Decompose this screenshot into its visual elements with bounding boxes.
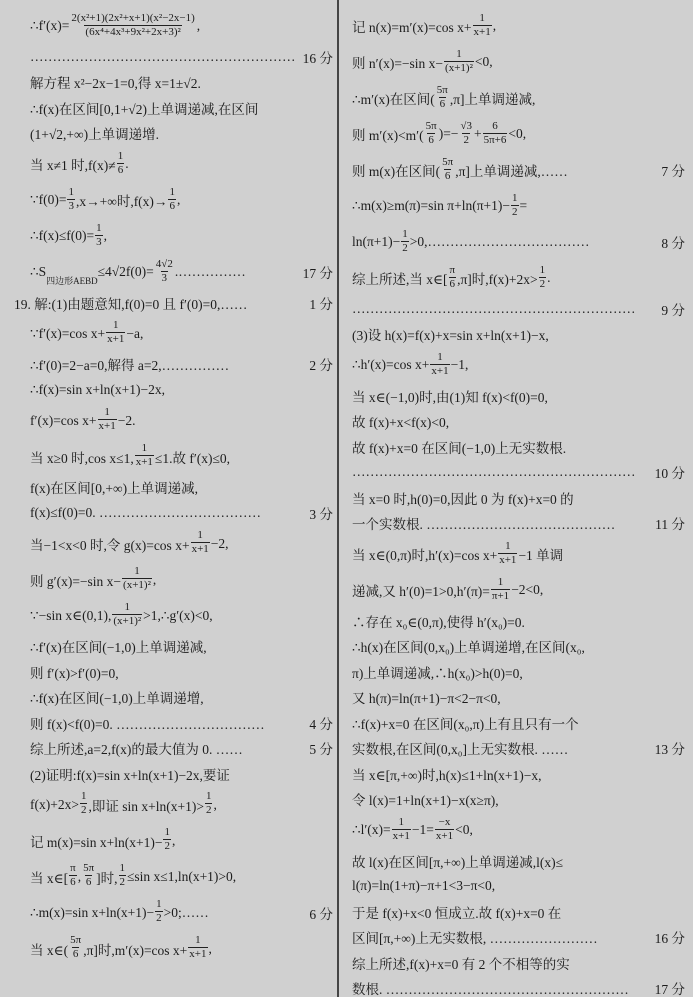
line-content: 于是 f(x)+x<0 恒成立.故 f(x)+x=0 在 [352, 902, 561, 922]
line-content: …………………………………………………… [30, 49, 297, 65]
line-content: ∴m(x)=sin x+ln(x+1)−12>0;…… [30, 899, 209, 926]
fraction: 12 [511, 193, 519, 219]
text-line: 则 m(x)在区间(5π6,π]上单调递减,……7 分 [352, 152, 685, 188]
text-line: (1+√2,+∞)上单调递增. [30, 121, 333, 147]
line-content: ∴f′(x)=2(x²+1)(2x²+x+1)(x²−2x−1)(6x⁴+4x³… [30, 13, 200, 40]
fraction: 5π6 [436, 85, 449, 111]
line-content: 则 f′(x)>f′(0)=0, [30, 662, 119, 682]
text-line: ∵f(0)=13,x→+∞时,f(x)→16, [30, 182, 333, 218]
text-line: 记 m(x)=sin x+ln(x+1)−12, [30, 823, 333, 859]
fraction: 1x+1 [135, 443, 154, 469]
fraction: 5π6 [82, 863, 95, 889]
fraction: 12 [119, 863, 127, 889]
text-line: 故 f(x)+x=0 在区间(−1,0)上无实数根. [352, 434, 685, 460]
score-mark: 16 分 [303, 47, 333, 67]
line-content: ∴f(x)=sin x+ln(x+1)−2x, [30, 382, 165, 398]
line-content: 一个实数根. …………………………………… [352, 513, 615, 533]
text-line: 故 l(x)在区间[π,+∞)上单调递减,l(x)≤ [352, 848, 685, 874]
text-line: 当 x∈(−1,0)时,由(1)知 f(x)<f(0)=0, [352, 383, 685, 409]
line-content: 当 x∈(5π6,π]时,m′(x)=cos x+1x+1, [30, 935, 212, 962]
line-content: 当−1<x<0 时,令 g(x)=cos x+1x+1−2, [30, 530, 229, 557]
line-content: 数根. ……………………………………………… [352, 978, 629, 997]
fraction: 12 [155, 899, 163, 925]
left-column: ∴f′(x)=2(x²+1)(2x²+x+1)(x²−2x−1)(6x⁴+4x³… [0, 0, 337, 997]
line-content: 递减,又 h′(0)=1>0,h′(π)=1π+1−2<0, [352, 577, 543, 604]
text-line: ∴f′(x)在区间(−1,0)上单调递减, [30, 634, 333, 660]
line-content: ∴f′(x)在区间(−1,0)上单调递减, [30, 636, 207, 656]
text-line: ∴m′(x)在区间(5π6,π]上单调递减, [352, 80, 685, 116]
text-line: 综上所述,a=2,f(x)的最大值为 0. ……5 分 [30, 736, 333, 762]
text-line: ∴f′(0)=2−a=0,解得 a=2,……………2 分 [30, 352, 333, 378]
fraction: 13 [95, 223, 103, 249]
fraction: 1(x+1)² [444, 49, 474, 75]
score-mark: 2 分 [309, 354, 333, 374]
line-content: f(x)+2x>12,即证 sin x+ln(x+1)>12, [30, 791, 217, 818]
text-line: 当 x=0 时,h(0)=0,因此 0 为 f(x)+x=0 的 [352, 485, 685, 511]
text-line: 记 n(x)=m′(x)=cos x+1x+1, [352, 8, 685, 44]
line-content: (3)设 h(x)=f(x)+x=sin x+ln(x+1)−x, [352, 324, 549, 344]
text-line: π)上单调递减,∴h(x₀)>h(0)=0, [352, 659, 685, 685]
line-content: 则 n′(x)=−sin x−1(x+1)²<0, [352, 49, 493, 76]
line-content: ∴h′(x)=cos x+1x+1−1, [352, 352, 468, 379]
line-content: 令 l(x)=1+ln(x+1)−x(x≥π), [352, 789, 499, 809]
line-content: 当 x∈(−1,0)时,由(1)知 f(x)<f(0)=0, [352, 386, 548, 406]
text-line: ∴m(x)≥m(π)=sin π+ln(π+1)−12= [352, 188, 685, 224]
line-content: 区间[π,+∞)上无实数根, …………………… [352, 927, 598, 947]
fraction: 2(x²+1)(2x²+x+1)(x²−2x−1)(6x⁴+4x³+9x²+2x… [70, 13, 195, 39]
text-line: ∴f(x)在区间[0,1+√2)上单调递减,在区间 [30, 95, 333, 121]
line-content: f(x)在区间[0,+∞)上单调递减, [30, 477, 198, 497]
score-mark: 5 分 [309, 738, 333, 758]
line-content: 当 x≥0 时,cos x≤1,1x+1≤1.故 f′(x)≤0, [30, 443, 230, 470]
line-content: ……………………………………………………… [352, 301, 636, 317]
fraction: π6 [69, 863, 77, 889]
score-mark: 7 分 [661, 160, 685, 180]
text-line: 区间[π,+∞)上无实数根, ……………………16 分 [352, 925, 685, 951]
text-line: 当 x≠1 时,f(x)≠16. [30, 146, 333, 182]
line-content: 又 h(π)=ln(π+1)−π<2−π<0, [352, 687, 501, 707]
text-line: 当 x∈(5π6,π]时,m′(x)=cos x+1x+1, [30, 931, 333, 967]
text-line: 则 m′(x)<m′(5π6)=−√32+65π+6<0, [352, 116, 685, 152]
fraction: 12 [401, 229, 409, 255]
line-content: 19. 解:(1)由题意知,f(0)=0 且 f′(0)=0,…… [14, 293, 247, 313]
line-content: 当 x∈[π,+∞)时,h(x)≤1+ln(x+1)−x, [352, 764, 542, 784]
score-mark: 11 分 [655, 513, 685, 533]
fraction: 1x+1 [188, 935, 207, 961]
score-mark: 16 分 [655, 927, 685, 947]
text-line: 则 g′(x)=−sin x−1(x+1)², [30, 562, 333, 598]
text-line: ∴m(x)=sin x+ln(x+1)−12>0;……6 分 [30, 895, 333, 931]
text-line: 一个实数根. ……………………………………11 分 [352, 511, 685, 537]
score-mark: 10 分 [655, 462, 685, 482]
text-line: 则 n′(x)=−sin x−1(x+1)²<0, [352, 44, 685, 80]
line-content: 当 x∈(0,π)时,h′(x)=cos x+1x+1−1 单调 [352, 541, 563, 568]
text-line: ∵f′(x)=cos x+1x+1−a, [30, 316, 333, 352]
text-line: ln(π+1)−12>0,………………………………8 分 [352, 224, 685, 260]
line-content: 综上所述,a=2,f(x)的最大值为 0. …… [30, 738, 243, 758]
text-line: 数根. ………………………………………………17 分 [352, 976, 685, 997]
fraction: 13 [67, 187, 75, 213]
score-mark: 3 分 [309, 503, 333, 523]
fraction: √32 [459, 121, 473, 147]
text-line: 则 f′(x)>f′(0)=0, [30, 659, 333, 685]
text-line: ∴f′(x)=2(x²+1)(2x²+x+1)(x²−2x−1)(6x⁴+4x³… [30, 8, 333, 44]
text-line: ∵−sin x∈(0,1),1(x+1)²>1,∴g′(x)<0, [30, 598, 333, 634]
text-line: 当 x∈(0,π)时,h′(x)=cos x+1x+1−1 单调 [352, 536, 685, 572]
fraction: 5π6 [441, 157, 454, 183]
score-mark: 17 分 [303, 262, 333, 282]
line-content: ∴S四边形AEBD≤4√2f(0)=4√23.…………… [30, 259, 246, 286]
line-content: (2)证明:f(x)=sin x+ln(x+1)−2x,要证 [30, 764, 230, 784]
fraction: 1x+1 [473, 13, 492, 39]
text-line: 19. 解:(1)由题意知,f(0)=0 且 f′(0)=0,……1 分 [14, 290, 333, 316]
text-line: ∴f(x)≤f(0)=13, [30, 218, 333, 254]
text-line: f(x)在区间[0,+∞)上单调递减, [30, 475, 333, 501]
fraction: 1x+1 [430, 352, 449, 378]
fraction: 12 [80, 791, 88, 817]
text-line: ∴h′(x)=cos x+1x+1−1, [352, 347, 685, 383]
line-content: 当 x≠1 时,f(x)≠16. [30, 151, 129, 178]
text-line: 令 l(x)=1+ln(x+1)−x(x≥π), [352, 787, 685, 813]
line-content: ……………………………………………………… [352, 464, 636, 480]
text-line: 当−1<x<0 时,令 g(x)=cos x+1x+1−2, [30, 526, 333, 562]
line-content: ∴h(x)在区间(0,x₀)上单调递增,在区间(x₀, [352, 636, 585, 656]
text-line: 故 f(x)+x<f(x)<0, [352, 409, 685, 435]
text-line: ∴f(x)+x=0 在区间(x₀,π)上有且只有一个 [352, 710, 685, 736]
document-page: ∴f′(x)=2(x²+1)(2x²+x+1)(x²−2x−1)(6x⁴+4x³… [0, 0, 693, 997]
line-content: 则 g′(x)=−sin x−1(x+1)², [30, 566, 156, 593]
fraction: 1(x+1)² [112, 602, 142, 628]
text-line: ∴存在 x₀∈(0,π),使得 h′(x₀)=0. [352, 608, 685, 634]
text-line: 于是 f(x)+x<0 恒成立.故 f(x)+x=0 在 [352, 899, 685, 925]
fraction: 1x+1 [98, 407, 117, 433]
fraction: 65π+6 [483, 121, 508, 147]
line-content: l(π)=ln(1+π)−π+1<3−π<0, [352, 878, 495, 894]
line-content: ∴l′(x)=1x+1−1=−xx+1<0, [352, 817, 473, 844]
line-content: 实数根,在区间(0,x₀]上无实数根. …… [352, 738, 568, 758]
line-content: (1+√2,+∞)上单调递增. [30, 123, 159, 143]
line-content: ∴f(x)+x=0 在区间(x₀,π)上有且只有一个 [352, 713, 579, 733]
line-content: 当 x=0 时,h(0)=0,因此 0 为 f(x)+x=0 的 [352, 488, 574, 508]
subscript: 四边形AEBD [46, 274, 98, 285]
fraction: 12 [163, 827, 171, 853]
text-line: f(x)≤f(0)=0. ………………………………3 分 [30, 500, 333, 526]
line-content: 故 l(x)在区间[π,+∞)上单调递减,l(x)≤ [352, 851, 563, 871]
line-content: 则 m′(x)<m′(5π6)=−√32+65π+6<0, [352, 121, 526, 148]
text-line: 当 x≥0 时,cos x≤1,1x+1≤1.故 f′(x)≤0, [30, 439, 333, 475]
fraction: 1x+1 [498, 541, 517, 567]
line-content: 记 n(x)=m′(x)=cos x+1x+1, [352, 13, 496, 40]
fraction: 1x+1 [191, 530, 210, 556]
text-line: 又 h(π)=ln(π+1)−π<2−π<0, [352, 685, 685, 711]
text-line: ∴S四边形AEBD≤4√2f(0)=4√23.……………17 分 [30, 254, 333, 290]
text-line: ………………………………………………………9 分 [352, 296, 685, 322]
fraction: 5π6 [425, 121, 438, 147]
line-content: 则 f(x)<f(0)=0. …………………………… [30, 713, 265, 733]
text-line: (3)设 h(x)=f(x)+x=sin x+ln(x+1)−x, [352, 322, 685, 348]
text-line: 实数根,在区间(0,x₀]上无实数根. ……13 分 [352, 736, 685, 762]
line-content: f(x)≤f(0)=0. ……………………………… [30, 505, 261, 521]
text-line: 递减,又 h′(0)=1>0,h′(π)=1π+1−2<0, [352, 572, 685, 608]
score-mark: 17 分 [655, 978, 685, 997]
text-line: f′(x)=cos x+1x+1−2. [30, 403, 333, 439]
line-content: 综上所述,当 x∈[π6,π]时,f(x)+2x>12. [352, 265, 550, 292]
line-content: f′(x)=cos x+1x+1−2. [30, 407, 136, 434]
text-line: 解方程 x²−2x−1=0,得 x=1±√2. [30, 70, 333, 96]
line-content: ∴存在 x₀∈(0,π),使得 h′(x₀)=0. [352, 611, 525, 631]
score-mark: 13 分 [655, 738, 685, 758]
line-content: ∴f(x)≤f(0)=13, [30, 223, 107, 250]
fraction: 1π+1 [491, 577, 510, 603]
score-mark: 9 分 [661, 299, 685, 319]
text-line: 综上所述,当 x∈[π6,π]时,f(x)+2x>12. [352, 260, 685, 296]
fraction: 1(x+1)² [122, 566, 152, 592]
right-column: 记 n(x)=m′(x)=cos x+1x+1,则 n′(x)=−sin x−1… [339, 0, 693, 997]
line-content: 故 f(x)+x<f(x)<0, [352, 411, 449, 431]
fraction: 12 [205, 791, 213, 817]
text-line: 综上所述,f(x)+x=0 有 2 个不相等的实 [352, 950, 685, 976]
text-line: ∴l′(x)=1x+1−1=−xx+1<0, [352, 812, 685, 848]
line-content: ∴f(x)在区间(−1,0)上单调递增, [30, 687, 204, 707]
fraction: 16 [168, 187, 176, 213]
line-content: 记 m(x)=sin x+ln(x+1)−12, [30, 827, 175, 854]
text-line: ∴h(x)在区间(0,x₀)上单调递增,在区间(x₀, [352, 634, 685, 660]
text-line: 当 x∈[π,+∞)时,h(x)≤1+ln(x+1)−x, [352, 761, 685, 787]
text-line: ∴f(x)在区间(−1,0)上单调递增, [30, 685, 333, 711]
fraction: 1x+1 [392, 817, 411, 843]
score-mark: 6 分 [309, 903, 333, 923]
score-mark: 8 分 [661, 232, 685, 252]
score-mark: 1 分 [309, 293, 333, 313]
fraction: 1x+1 [106, 320, 125, 346]
score-mark: 4 分 [309, 713, 333, 733]
line-content: ∵f′(x)=cos x+1x+1−a, [30, 320, 143, 347]
text-line: (2)证明:f(x)=sin x+ln(x+1)−2x,要证 [30, 761, 333, 787]
line-content: ∴f(x)在区间[0,1+√2)上单调递减,在区间 [30, 98, 258, 118]
text-line: 则 f(x)<f(0)=0. ……………………………4 分 [30, 710, 333, 736]
line-content: π)上单调递减,∴h(x₀)>h(0)=0, [352, 662, 523, 682]
text-line: l(π)=ln(1+π)−π+1<3−π<0, [352, 874, 685, 900]
fraction: 16 [117, 151, 125, 177]
fraction: 12 [539, 265, 547, 291]
text-line: ∴f(x)=sin x+ln(x+1)−2x, [30, 377, 333, 403]
line-content: 当 x∈[π6,5π6]时,12≤sin x≤1,ln(x+1)>0, [30, 863, 236, 890]
fraction: 4√23 [155, 259, 174, 285]
line-content: 解方程 x²−2x−1=0,得 x=1±√2. [30, 72, 201, 92]
text-line: ……………………………………………………16 分 [30, 44, 333, 70]
fraction: −xx+1 [435, 817, 454, 843]
fraction: 5π6 [69, 935, 82, 961]
line-content: ∵−sin x∈(0,1),1(x+1)²>1,∴g′(x)<0, [30, 602, 213, 629]
line-content: 综上所述,f(x)+x=0 有 2 个不相等的实 [352, 953, 570, 973]
line-content: ∵f(0)=13,x→+∞时,f(x)→16, [30, 187, 180, 214]
line-content: ln(π+1)−12>0,……………………………… [352, 229, 590, 256]
text-line: ………………………………………………………10 分 [352, 460, 685, 486]
text-line: f(x)+2x>12,即证 sin x+ln(x+1)>12, [30, 787, 333, 823]
line-content: ∴m(x)≥m(π)=sin π+ln(π+1)−12= [352, 193, 527, 220]
line-content: ∴m′(x)在区间(5π6,π]上单调递减, [352, 85, 535, 112]
line-content: 故 f(x)+x=0 在区间(−1,0)上无实数根. [352, 437, 566, 457]
line-content: 则 m(x)在区间(5π6,π]上单调递减,…… [352, 157, 568, 184]
text-line: 当 x∈[π6,5π6]时,12≤sin x≤1,ln(x+1)>0, [30, 859, 333, 895]
fraction: π6 [449, 265, 457, 291]
line-content: ∴f′(0)=2−a=0,解得 a=2,…………… [30, 354, 229, 374]
